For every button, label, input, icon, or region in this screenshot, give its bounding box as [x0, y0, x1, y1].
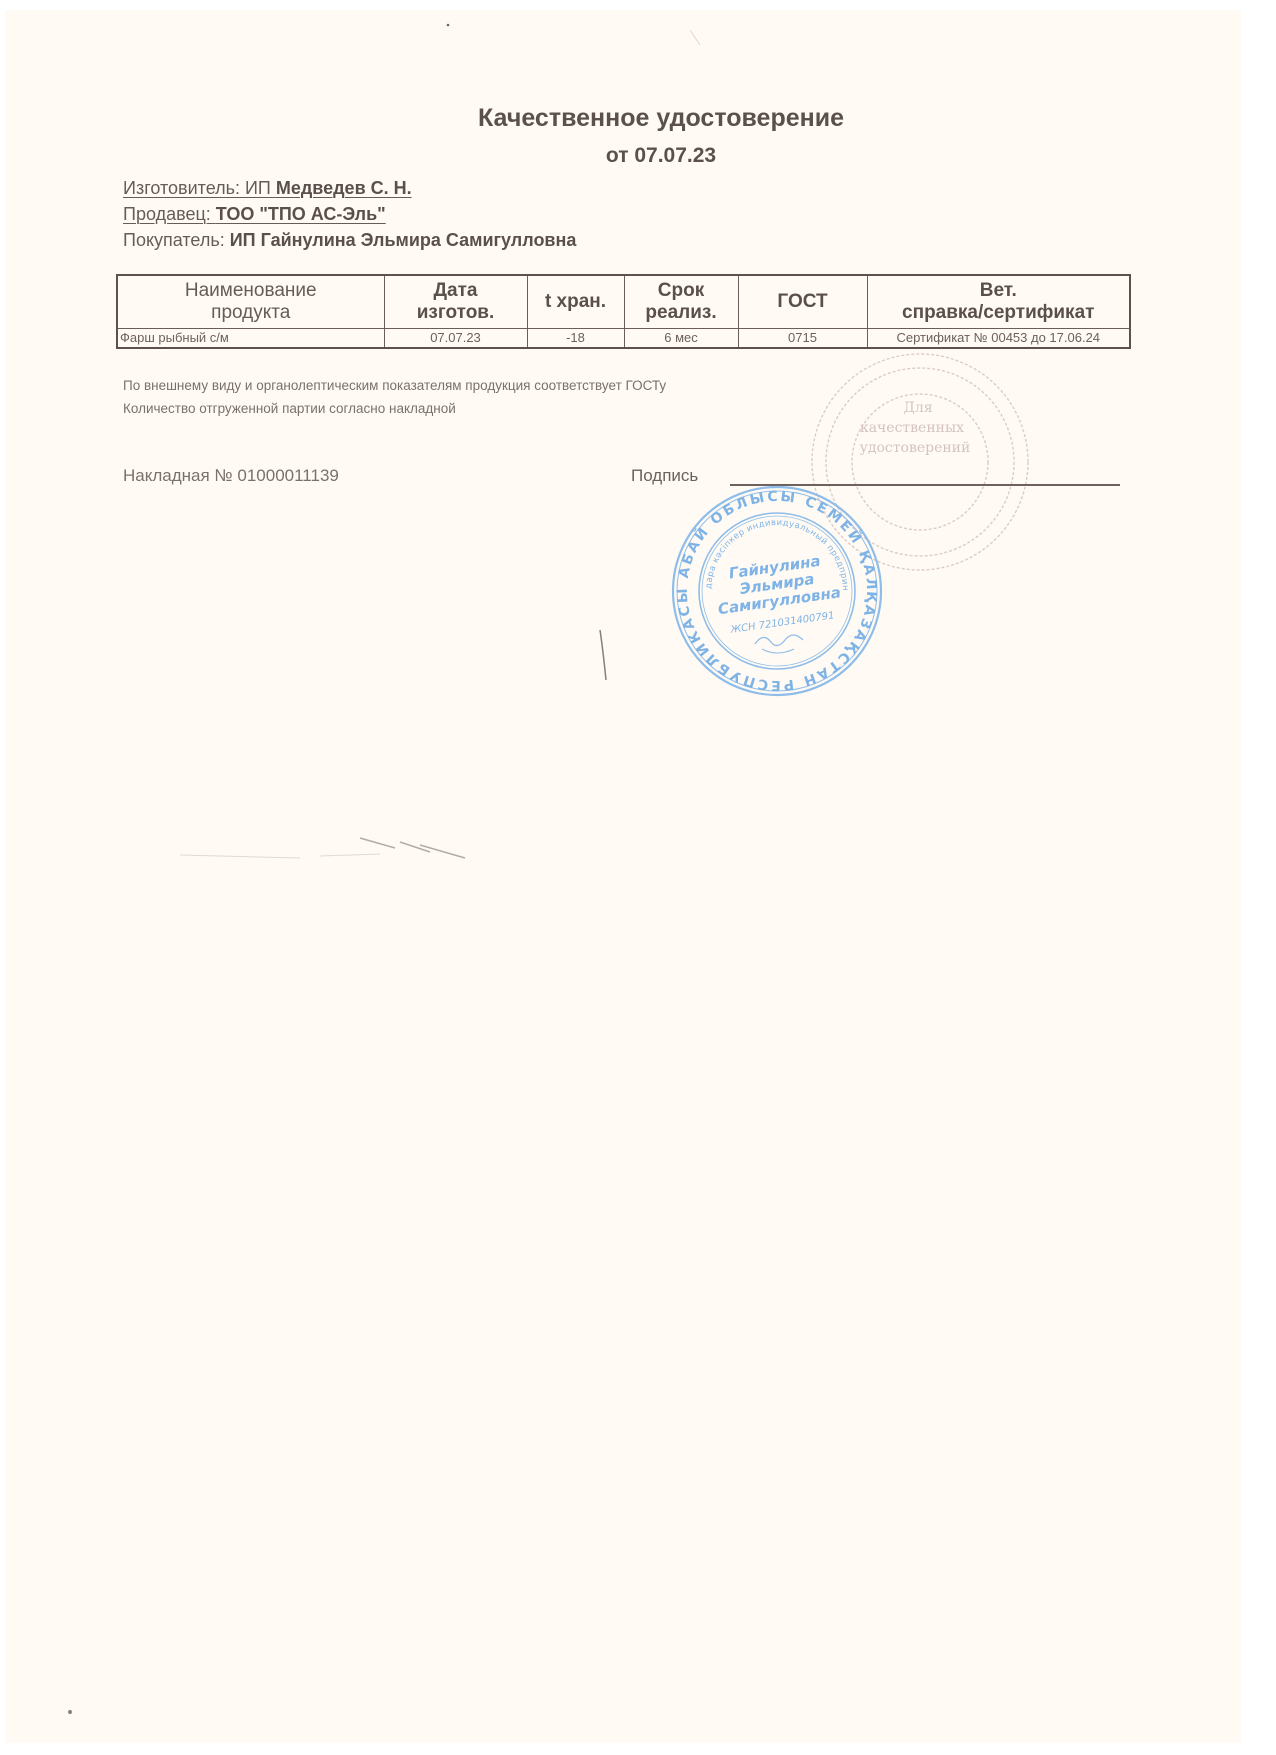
header-shelf-life: Срокреализ.: [624, 275, 738, 329]
seller-line: Продавец: ТОО "ТПО АС-Эль": [123, 204, 386, 225]
seal-stamp: ҚАЗАҚСТАН РЕСПУБЛИКАСЫ АБАЙ ОБЛЫСЫ СЕМЕЙ…: [670, 484, 884, 698]
header-gost: ГОСТ: [738, 275, 867, 329]
invoice-number: Накладная № 01000011139: [123, 466, 339, 486]
cell-production-date: 07.07.23: [384, 329, 527, 349]
header-storage-temp: t хран.: [527, 275, 624, 329]
buyer-line: Покупатель: ИП Гайнулина Эльмира Самигул…: [123, 230, 576, 251]
cell-gost: 0715: [738, 329, 867, 349]
certificate-table: Наименованиепродукта Датаизготов. t хран…: [116, 274, 1131, 349]
header-certificate: Вет.справка/сертификат: [867, 275, 1130, 329]
faded-stamp-line1: Для: [903, 400, 932, 416]
conformity-note: По внешнему виду и органолептическим пок…: [123, 378, 666, 393]
table-row: Фарш рыбный с/м 07.07.23 -18 6 мес 0715 …: [117, 329, 1130, 349]
cell-product: Фарш рыбный с/м: [117, 329, 384, 349]
table-header-row: Наименованиепродукта Датаизготов. t хран…: [117, 275, 1130, 329]
header-product: Наименованиепродукта: [117, 275, 384, 329]
manufacturer-label: Изготовитель: ИП: [123, 178, 276, 198]
seller-label: Продавец:: [123, 204, 216, 224]
buyer-label: Покупатель:: [123, 230, 230, 250]
cell-shelf-life: 6 мес: [624, 329, 738, 349]
faded-stamp-line3: удостоверений: [860, 440, 971, 456]
manufacturer-line: Изготовитель: ИП Медведев С. Н.: [123, 178, 412, 199]
quantity-note: Количество отгруженной партии согласно н…: [123, 401, 456, 416]
buyer-value: ИП Гайнулина Эльмира Самигулловна: [230, 230, 577, 250]
document-date: от 07.07.23: [0, 144, 1276, 168]
scan-artifacts: [0, 0, 1276, 1755]
manufacturer-value: Медведев С. Н.: [276, 178, 412, 198]
cell-storage-temp: -18: [527, 329, 624, 349]
seller-value: ТОО "ТПО АС-Эль": [216, 204, 386, 224]
faded-stamp-line2: качественных: [860, 420, 964, 436]
signature-label: Подпись: [631, 466, 698, 486]
header-production-date: Датаизготов.: [384, 275, 527, 329]
cell-certificate: Сертификат № 00453 до 17.06.24: [867, 329, 1130, 349]
document-title: Качественное удостоверение: [0, 104, 1276, 133]
